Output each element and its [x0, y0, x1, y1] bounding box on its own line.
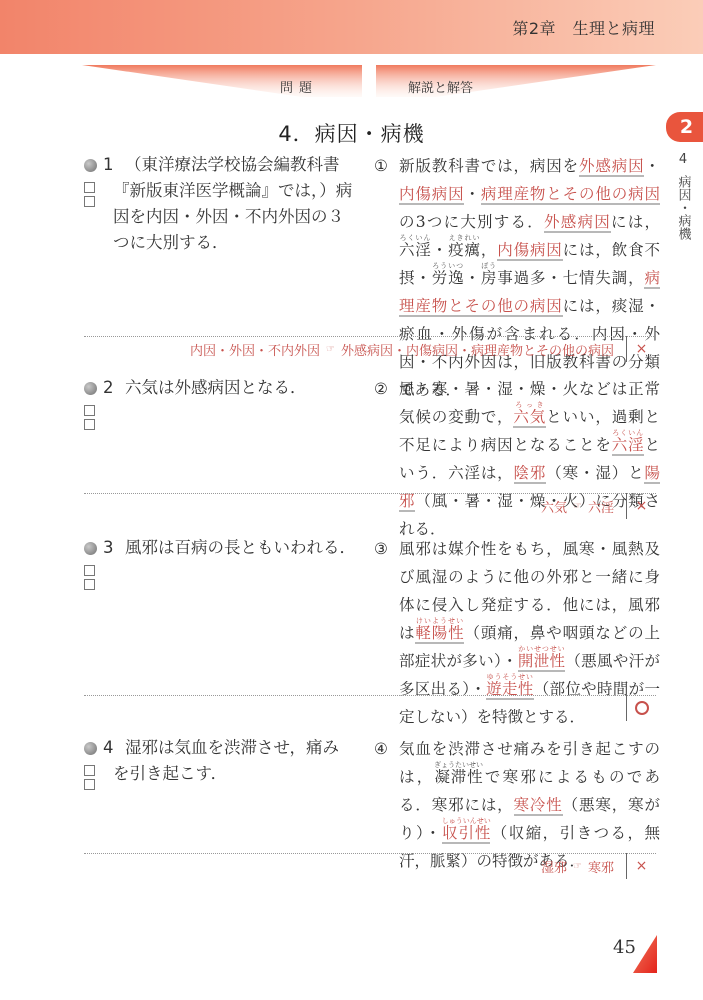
answer-number: ③: [374, 535, 388, 563]
verdict-mark: ×: [626, 493, 656, 519]
ruby-annotated-term: 房ぼう: [481, 269, 497, 287]
answer-number: ②: [374, 375, 388, 403]
review-checkbox[interactable]: [84, 779, 95, 790]
keyword-highlight: 内傷病因: [497, 241, 562, 261]
key-from: 六気: [541, 497, 567, 516]
circle-correct-icon: [635, 701, 649, 715]
chapter-title: 第2章 生理と病理: [512, 16, 655, 39]
key-to: 寒邪: [588, 857, 614, 876]
bullet-icon: [84, 542, 97, 555]
question-text-line: （東洋療法学校協会編教科書: [125, 152, 364, 178]
keyword-highlight: 病理産物とその他の病因: [481, 185, 660, 205]
ruby-annotated-term: 疫癘えきれい: [448, 241, 481, 259]
tab-wedge-left-icon: [82, 65, 362, 97]
bullet-icon: [84, 159, 97, 172]
keyword-highlight: 外感病因: [579, 157, 644, 177]
column-label-answer: 解説と解答: [408, 77, 473, 96]
ruby-annotated-term: 労逸ろういつ: [432, 269, 465, 287]
question-number: 3: [103, 535, 125, 561]
keyword-highlight: 六気ろっき: [513, 408, 546, 428]
question-number: 2: [103, 375, 125, 401]
question-text-line: 『新版東洋医学概論』では，）病: [84, 178, 364, 204]
ruby-annotated-term: 六淫ろくいん: [399, 241, 432, 259]
keyword-highlight: 収引性しゅういんせい: [442, 824, 490, 844]
ruby-annotated-term: 凝滞性ぎょうたいせい: [434, 768, 482, 786]
answer-1: ① 新版教科書では，病因を外感病因・内傷病因・病理産物とその他の病因の3つに大別…: [374, 152, 660, 404]
keyword-highlight: 六淫ろくいん: [612, 436, 645, 456]
pointing-hand-icon: ☞: [573, 861, 582, 872]
key-to: 外感病因・内傷病因・病理産物とその他の病因: [341, 340, 614, 359]
answer-number: ④: [374, 735, 388, 763]
column-label-question: 問題: [280, 77, 318, 96]
question-text-line: 六気は外感病因となる．: [125, 375, 364, 401]
bullet-icon: [84, 742, 97, 755]
review-checkbox[interactable]: [84, 405, 95, 416]
keyword-highlight: 開泄性かいせつせい: [518, 652, 565, 672]
pointing-hand-icon: ☞: [326, 344, 335, 355]
verdict-mark: ×: [626, 853, 656, 879]
divider: [84, 695, 656, 696]
key-to: 六淫: [588, 497, 614, 516]
answer-key-row-2: 六気 ☞ 六淫 ×: [541, 493, 656, 519]
side-section-number: 4: [673, 152, 693, 167]
answer-text: 新版教科書では，病因を外感病因・内傷病因・病理産物とその他の病因の3つに大別する…: [374, 152, 660, 404]
pointing-hand-icon: ☞: [573, 501, 582, 512]
question-text-line: つに大別する．: [84, 230, 364, 256]
question-text-line: を引き起こす．: [84, 761, 364, 787]
keyword-highlight: 陰邪: [514, 464, 547, 484]
answer-key-row-3: [614, 695, 656, 721]
question-4: 4 湿邪は気血を渋滞させ，痛み を引き起こす．: [84, 735, 364, 787]
review-checkbox[interactable]: [84, 419, 95, 430]
key-from: 湿邪: [541, 857, 567, 876]
keyword-highlight: 軽陽性けいようせい: [415, 624, 464, 644]
question-1: 1 （東洋療法学校協会編教科書 『新版東洋医学概論』では，）病 因を内因・外因・…: [84, 152, 364, 256]
bullet-icon: [84, 382, 97, 395]
question-3: 3 風邪は百病の長ともいわれる．: [84, 535, 364, 561]
answer-number: ①: [374, 152, 388, 180]
question-text-line: 風邪は百病の長ともいわれる．: [125, 535, 364, 561]
question-number: 4: [103, 735, 125, 761]
side-section-index: 4 病因・病機: [673, 152, 693, 244]
question-number: 1: [103, 152, 125, 178]
verdict-mark: ×: [626, 336, 656, 362]
review-checkbox[interactable]: [84, 196, 95, 207]
answer-key-row-4: 湿邪 ☞ 寒邪 ×: [541, 853, 656, 879]
keyword-highlight: 寒冷性: [514, 796, 563, 816]
keyword-highlight: 内傷病因: [399, 185, 464, 205]
chapter-number-tab: 2: [666, 112, 703, 142]
keyword-highlight: 遊走性ゆうそうせい: [486, 680, 533, 700]
column-header-answer: 解説と解答: [376, 65, 656, 97]
keyword-highlight: 外感病因: [544, 213, 611, 233]
review-checkbox[interactable]: [84, 182, 95, 193]
review-checkbox[interactable]: [84, 579, 95, 590]
column-header-question: 問題: [82, 65, 362, 97]
key-from: 内因・外因・不内外因: [190, 340, 320, 359]
corner-triangle-icon: [633, 935, 657, 973]
question-2: 2 六気は外感病因となる．: [84, 375, 364, 401]
question-text-line: 因を内因・外因・不内外因の３: [84, 204, 364, 230]
question-text-line: 湿邪は気血を渋滞させ，痛み: [125, 735, 364, 761]
side-section-name: 病因・病機: [676, 175, 691, 240]
answer-key-row-1: 内因・外因・不内外因 ☞ 外感病因・内傷病因・病理産物とその他の病因 ×: [190, 336, 656, 362]
review-checkbox[interactable]: [84, 765, 95, 776]
chapter-header-band: 第2章 生理と病理: [0, 0, 703, 54]
review-checkbox[interactable]: [84, 565, 95, 576]
section-title: 4．病因・病機: [0, 118, 703, 148]
verdict-mark: [626, 695, 656, 721]
